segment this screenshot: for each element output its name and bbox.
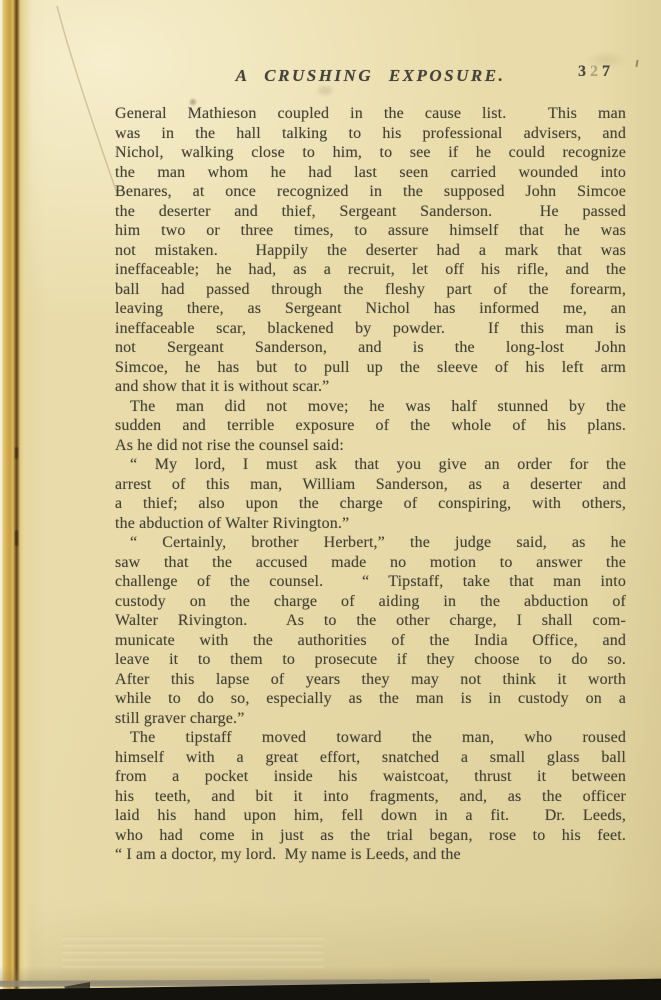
page-body: General Mathieson coupled in the cause l… bbox=[115, 104, 626, 865]
text-line: ineffaceable scar, blackened by powder. … bbox=[115, 319, 626, 339]
text-line: Walter Rivington. As to the other charge… bbox=[115, 611, 626, 631]
text-line: the man whom he had last seen carried wo… bbox=[115, 163, 626, 183]
paragraph: General Mathieson coupled in the cause l… bbox=[115, 104, 626, 397]
text-line: The man did not move; he was half stunne… bbox=[115, 397, 626, 417]
text-line: saw that the accused made no motion to a… bbox=[115, 553, 626, 573]
text-line: the abduction of Walter Rivington.” bbox=[115, 514, 626, 534]
text-line: while to do so, especially as the man is… bbox=[115, 689, 626, 709]
text-line: General Mathieson coupled in the cause l… bbox=[115, 104, 626, 124]
text-line: still graver charge.” bbox=[115, 709, 626, 729]
text-line: After this lapse of years they may not t… bbox=[115, 670, 626, 690]
text-line: him two or three times, to assure himsel… bbox=[115, 221, 626, 241]
text-line: from a pocket inside his waistcoat, thru… bbox=[115, 767, 626, 787]
text-line: not mistaken. Happily the deserter had a… bbox=[115, 241, 626, 261]
text-line: “ My lord, I must ask that you give an o… bbox=[115, 455, 626, 475]
text-line: who had come in just as the trial began,… bbox=[115, 826, 626, 846]
text-line: ball had passed through the fleshy part … bbox=[115, 280, 626, 300]
text-line: leaving there, as Sergeant Nichol has in… bbox=[115, 299, 626, 319]
page-number: 327 bbox=[578, 63, 636, 81]
binding-edge bbox=[0, 0, 32, 1000]
text-line: municate with the authorities of the Ind… bbox=[115, 631, 626, 651]
paragraph: “ Certainly, brother Herbert,” the judge… bbox=[115, 533, 626, 728]
text-line: As he did not rise the counsel said: bbox=[115, 436, 626, 456]
book-page-scan: A CRUSHING EXPOSURE. 327 General Mathies… bbox=[0, 0, 661, 1000]
text-line: leave it to them to prosecute if they ch… bbox=[115, 650, 626, 670]
text-line: arrest of this man, William Sanderson, a… bbox=[115, 475, 626, 495]
text-line: custody on the charge of aiding in the a… bbox=[115, 592, 626, 612]
text-line: “ Certainly, brother Herbert,” the judge… bbox=[115, 533, 626, 553]
text-line: laid his hand upon him, fell down in a f… bbox=[115, 806, 626, 826]
text-line: and show that it is without scar.” bbox=[115, 377, 626, 397]
text-line: The tipstaff moved toward the man, who r… bbox=[115, 728, 626, 748]
text-line: his teeth, and bit it into fragments, an… bbox=[115, 787, 626, 807]
paragraph: “ My lord, I must ask that you give an o… bbox=[115, 455, 626, 533]
text-line: Simcoe, he has but to pull up the sleeve… bbox=[115, 358, 626, 378]
text-line: was in the hall talking to his professio… bbox=[115, 124, 626, 144]
text-line: Benares, at once recognized in the suppo… bbox=[115, 182, 626, 202]
text-line: the deserter and thief, Sergeant Sanders… bbox=[115, 202, 626, 222]
text-line: himself with a great effort, snatched a … bbox=[115, 748, 626, 768]
binding-ink-mark bbox=[15, 530, 18, 546]
text-line: Nichol, walking close to him, to see if … bbox=[115, 143, 626, 163]
running-title: A CRUSHING EXPOSURE. bbox=[115, 66, 626, 86]
scan-artifact-tick bbox=[635, 60, 638, 67]
text-line: a thief; also upon the charge of conspir… bbox=[115, 494, 626, 514]
text-line: sudden and terrible exposure of the whol… bbox=[115, 416, 626, 436]
binding-ink-mark bbox=[15, 447, 18, 459]
text-line: not Sergeant Sanderson, and is the long-… bbox=[115, 338, 626, 358]
paper-smudge bbox=[318, 86, 332, 95]
paragraph: The man did not move; he was half stunne… bbox=[115, 397, 626, 456]
text-line: ineffaceable; he had, as a recruit, let … bbox=[115, 260, 626, 280]
text-line: challenge of the counsel. “ Tipstaff, ta… bbox=[115, 572, 626, 592]
text-line: “ I am a doctor, my lord. My name is Lee… bbox=[115, 845, 626, 865]
paragraph: The tipstaff moved toward the man, who r… bbox=[115, 728, 626, 865]
